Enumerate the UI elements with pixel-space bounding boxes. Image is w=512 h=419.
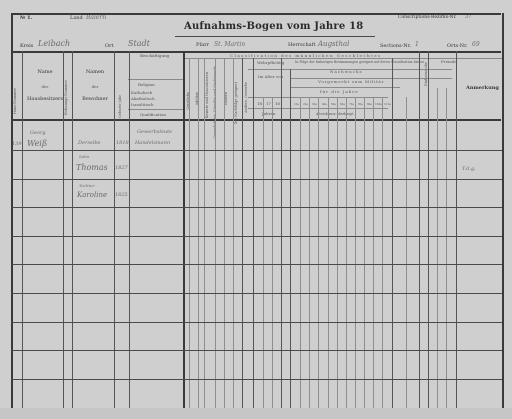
grid-line bbox=[129, 51, 130, 413]
age-col-16: 16 bbox=[275, 102, 280, 106]
owner-last-name: Weiß bbox=[27, 140, 47, 148]
grid-line bbox=[328, 97, 329, 413]
form-title: Aufnahms-Bogen vom Jahre 18 bbox=[184, 22, 363, 32]
grid-line bbox=[446, 88, 447, 413]
col-in-folge: In Folge der bisherigen Bestimmungen gee… bbox=[295, 61, 424, 64]
grid-line bbox=[382, 97, 383, 413]
row-line bbox=[12, 322, 502, 323]
frame-left bbox=[11, 13, 13, 413]
year-col: 10te bbox=[375, 103, 382, 106]
divider bbox=[290, 87, 400, 88]
resident-name: Derselbe bbox=[78, 141, 101, 146]
resident-name: Karoline bbox=[77, 192, 107, 199]
grid-line bbox=[355, 97, 356, 413]
divider bbox=[128, 109, 183, 110]
age-col-17: 17 bbox=[266, 102, 271, 106]
grid-line bbox=[318, 97, 319, 413]
religion-row-catholic: Katholisch bbox=[131, 91, 152, 95]
conscription-value: 37 bbox=[465, 15, 471, 20]
grid-line bbox=[290, 69, 291, 413]
ort-value: Stadt bbox=[128, 40, 150, 48]
col-geburts-jahr: Geburts-Jahr bbox=[118, 95, 122, 118]
resident-name: Thomas bbox=[76, 164, 108, 172]
year-col: 11te bbox=[384, 103, 391, 106]
row-line bbox=[12, 350, 502, 351]
kreis-label: Kreis bbox=[20, 44, 33, 49]
divider bbox=[128, 79, 183, 80]
religion-row-israelite: Israelitisch bbox=[131, 103, 154, 107]
row-line bbox=[12, 293, 502, 294]
grid-line bbox=[406, 97, 407, 413]
col-name-2: des bbox=[30, 85, 60, 89]
row-line bbox=[12, 207, 502, 208]
col-nachfolge: Zur Nachfolge geeignet bbox=[234, 82, 238, 124]
grid-line bbox=[72, 51, 73, 413]
land-value: Baiern bbox=[86, 15, 106, 21]
col-nachwuchs: Nachwuchs bbox=[330, 70, 363, 74]
grid-line bbox=[300, 97, 301, 413]
grid-line bbox=[272, 97, 273, 413]
year-col: 9te bbox=[367, 103, 372, 106]
row-line bbox=[12, 264, 502, 265]
col-fuer-die-jahre: für die Jahre bbox=[320, 90, 359, 94]
occupation-line1: Gewerbsleute bbox=[137, 130, 172, 135]
resident-relation: Tochter bbox=[79, 184, 94, 188]
year-col: 4te bbox=[322, 103, 327, 106]
title-underline bbox=[175, 36, 375, 37]
owner-first-name: Georg bbox=[30, 131, 46, 136]
birth-year: 1827 bbox=[115, 166, 128, 171]
col-anmerkung: Anmerkung bbox=[466, 86, 499, 91]
grid-line bbox=[364, 97, 365, 413]
col-haus-nummer: Haus-Nummer bbox=[13, 88, 17, 114]
form-number: № 1. bbox=[20, 16, 32, 21]
year-col: 2te bbox=[303, 103, 308, 106]
sections-value: 1 bbox=[415, 42, 419, 48]
col-altersklasse: Altersklasse überhaupt bbox=[316, 113, 354, 116]
year-col: 5te bbox=[331, 103, 336, 106]
census-form: № 1. Land Baiern Aufnahms-Bogen vom Jahr… bbox=[0, 0, 512, 419]
age-col-18: 18 bbox=[257, 102, 262, 106]
col-wohnungs-nummer: Wohnungs-Nummer bbox=[64, 80, 68, 115]
conscription-label: Conscriptions-Bezirks-Nr. bbox=[398, 16, 457, 21]
col-religion: Religion bbox=[138, 83, 155, 87]
land-label: Land bbox=[70, 16, 83, 21]
year-col: 3te bbox=[312, 103, 317, 106]
col-beamte: Beamte und Honoratioren bbox=[205, 72, 209, 118]
year-col: 6te bbox=[340, 103, 345, 106]
pfarr-value: St. Martin bbox=[214, 42, 245, 48]
year-col: 7te bbox=[349, 103, 354, 106]
birth-year: 1825 bbox=[115, 193, 128, 198]
col-name-1: Name bbox=[30, 70, 60, 75]
row-line bbox=[12, 150, 502, 151]
grid-line bbox=[337, 97, 338, 413]
grid-line bbox=[456, 51, 457, 413]
frame-top bbox=[11, 13, 501, 15]
house-number: 139 bbox=[12, 142, 22, 147]
occupation-line2: Handelsmann bbox=[135, 141, 170, 146]
grid-line bbox=[373, 97, 374, 413]
row-line bbox=[12, 179, 502, 180]
kreis-value: Leibach bbox=[38, 40, 70, 48]
orts-value: 69 bbox=[472, 42, 480, 48]
col-namen-2: der bbox=[75, 85, 115, 89]
col-name-3: Hausbesitzers bbox=[25, 97, 65, 102]
grid-line bbox=[428, 51, 429, 413]
row-line bbox=[12, 236, 502, 237]
orts-label: Orts-Nr. bbox=[447, 44, 468, 49]
col-namen-3: Bewohner bbox=[75, 97, 115, 102]
year-col: 1te bbox=[294, 103, 299, 106]
divider bbox=[248, 69, 452, 70]
ort-label: Ort bbox=[105, 44, 114, 49]
grid-line bbox=[346, 97, 347, 413]
herrschaft-value: Augsthal bbox=[318, 41, 349, 48]
grid-line bbox=[309, 97, 310, 413]
frame-right bbox=[502, 13, 504, 413]
col-namen-1: Namen bbox=[75, 70, 115, 75]
year-col: 8te bbox=[358, 103, 363, 106]
col-vorgemerkt: Vorgemerkt zum Militär bbox=[318, 80, 384, 84]
page-bottom-margin bbox=[0, 408, 512, 419]
grid-line bbox=[419, 51, 420, 413]
herrschaft-label: Herrschaft bbox=[288, 43, 316, 48]
religion-row-akatholic: Akatholisch bbox=[131, 97, 155, 101]
grid-line bbox=[22, 51, 23, 413]
col-qualification: Qualification bbox=[140, 113, 166, 117]
col-im-alter: Im Alter von bbox=[258, 75, 283, 79]
col-beschaeftigung: Beschäftigung bbox=[140, 54, 169, 58]
row-line bbox=[12, 379, 502, 380]
birth-year: 1818 bbox=[116, 141, 129, 146]
pfarr-label: Pfarr bbox=[196, 43, 209, 48]
grid-line bbox=[437, 88, 438, 413]
grid-line bbox=[183, 51, 185, 413]
grid-line bbox=[114, 51, 115, 413]
grid-line bbox=[63, 51, 64, 413]
resident-relation: Sohn bbox=[79, 155, 89, 159]
grid-line bbox=[263, 97, 264, 413]
remark: T.d.g. bbox=[462, 167, 476, 172]
col-jahre: Jahren bbox=[262, 112, 275, 116]
col-fremde: Fremde bbox=[441, 60, 457, 64]
sections-label: Sections-Nr. bbox=[380, 44, 411, 49]
